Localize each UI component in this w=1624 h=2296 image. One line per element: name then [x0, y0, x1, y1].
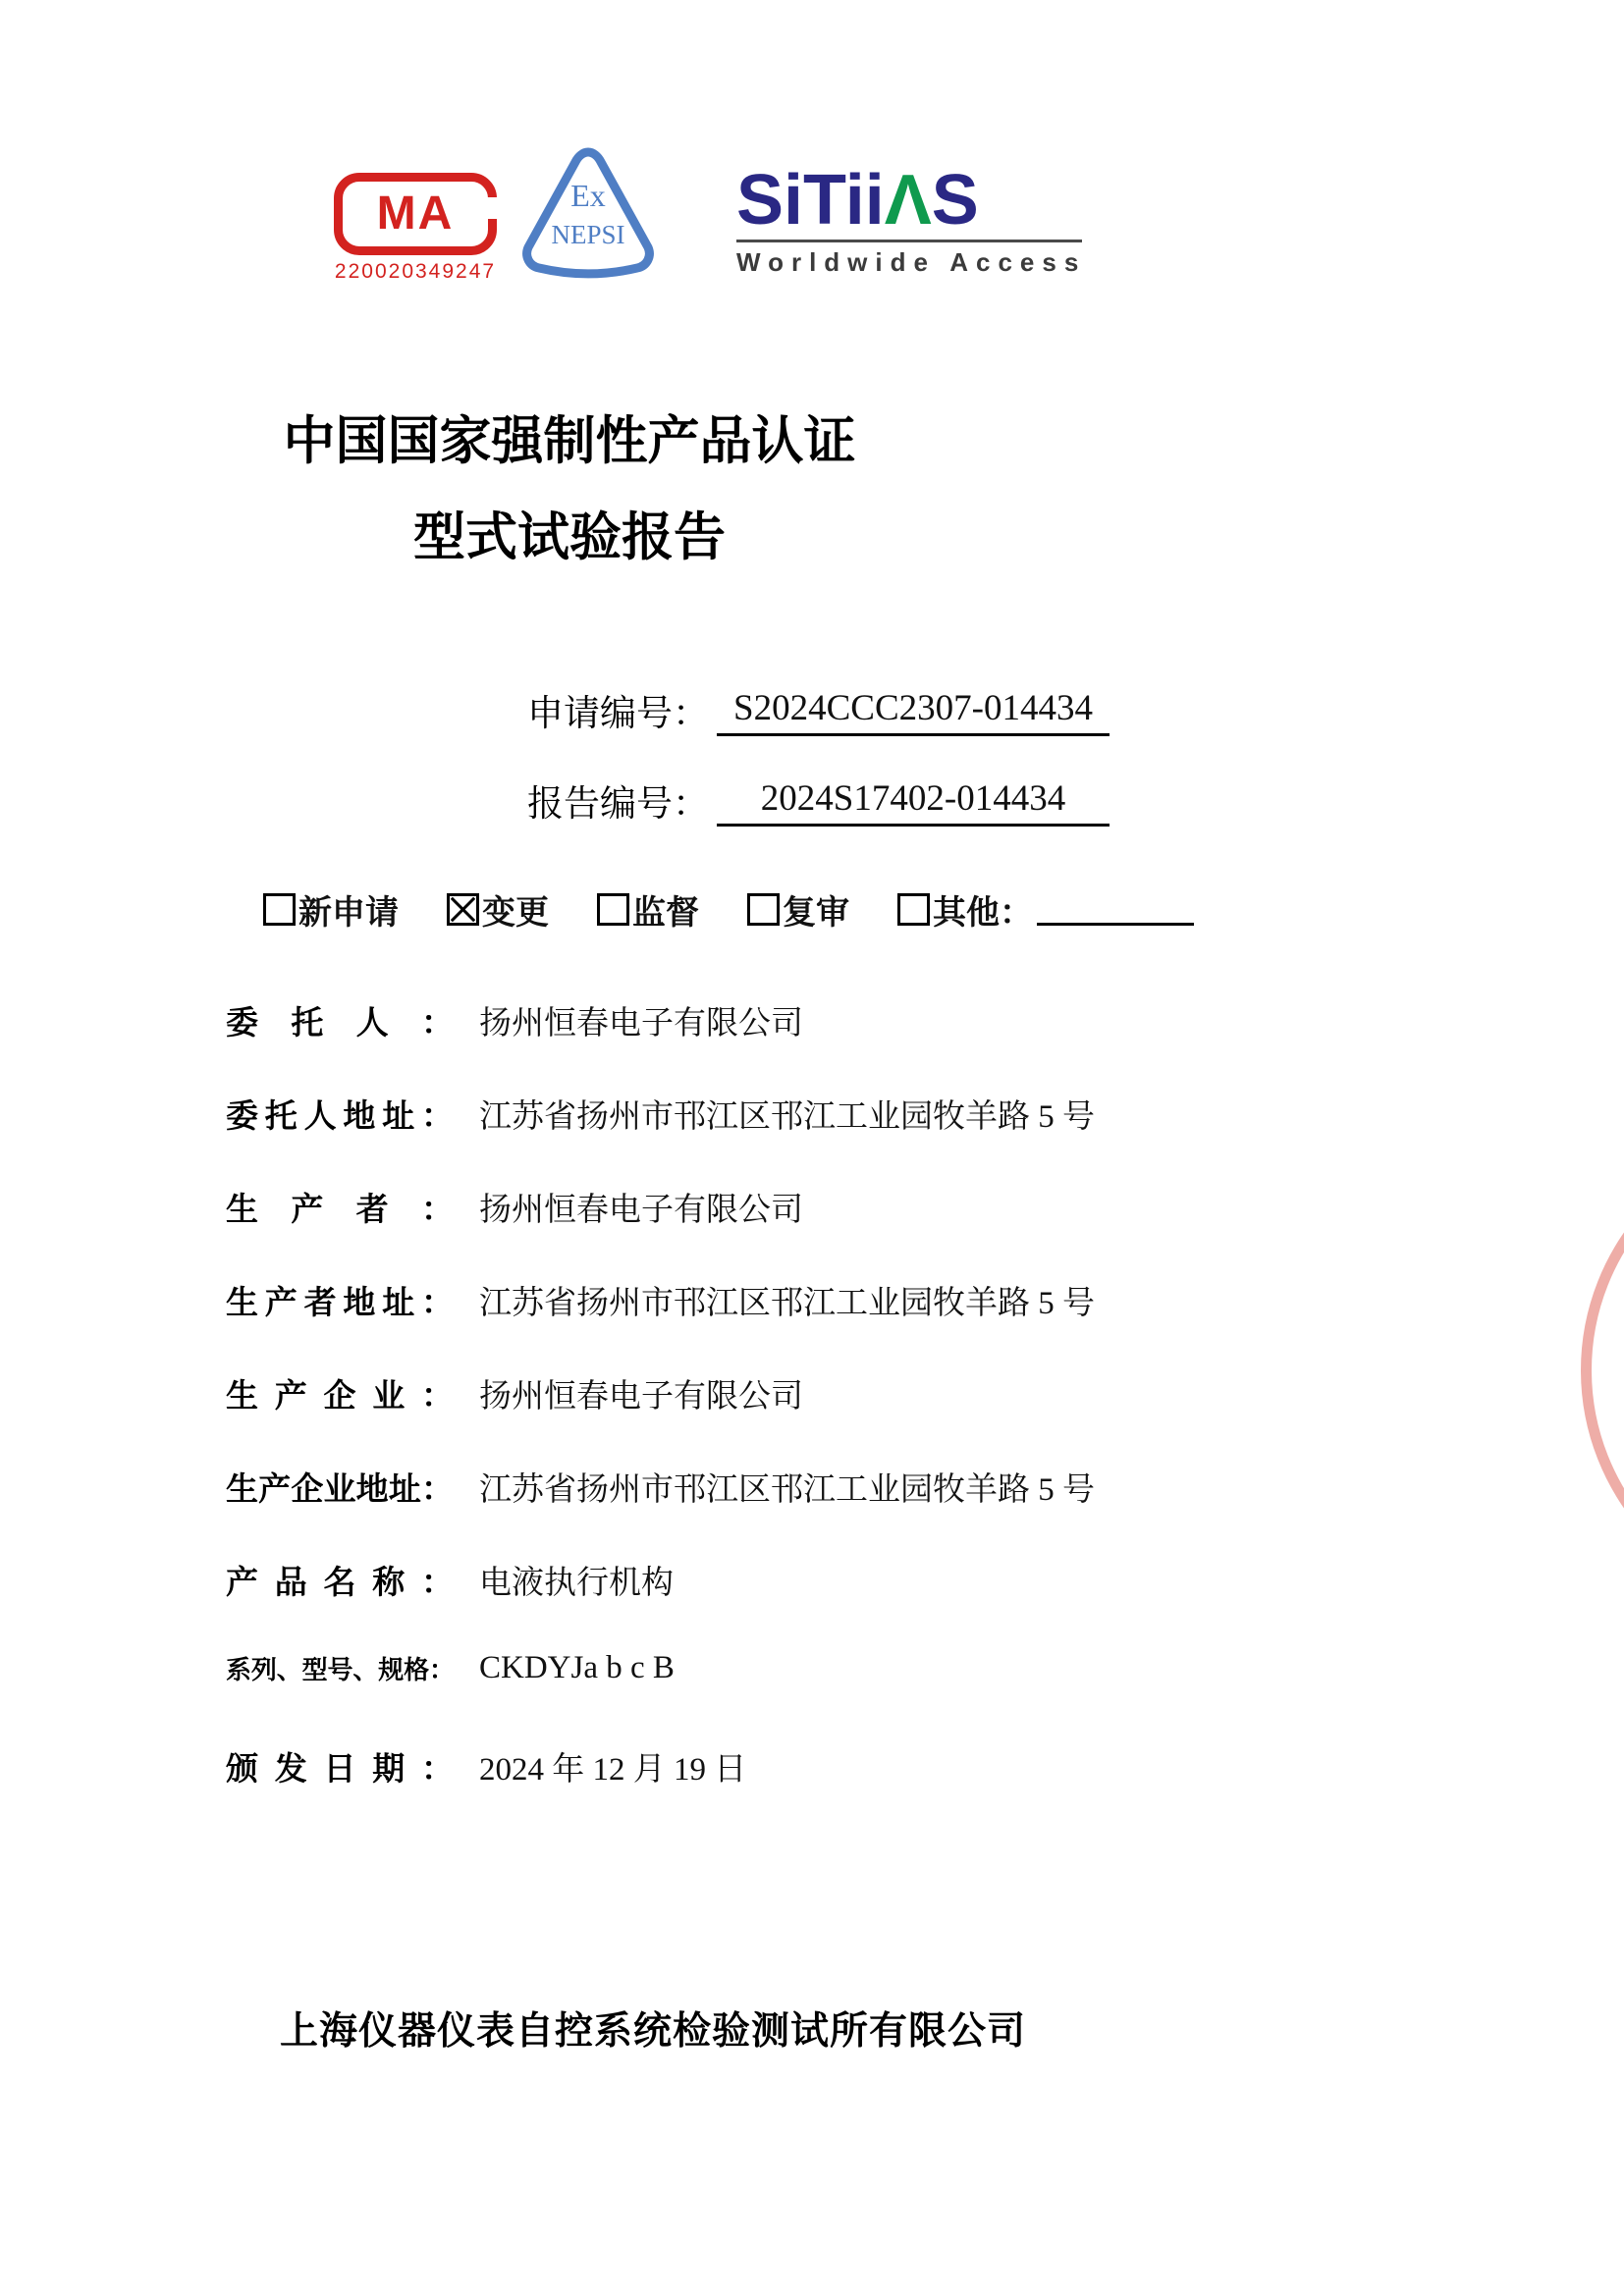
field-row-consignor-address: 委托人地址： 江苏省扬州市邗江区邗江工业园牧羊路 5 号	[226, 1091, 1208, 1184]
field-value: 江苏省扬州市邗江区邗江工业园牧羊路 5 号	[479, 1099, 1095, 1135]
field-label: 委托人：	[226, 997, 454, 1043]
field-label: 生产者地址：	[226, 1277, 454, 1323]
checkbox-icon	[897, 893, 930, 926]
nepsi-ex-text: Ex	[570, 178, 606, 213]
checkbox-change: 变更	[447, 885, 549, 934]
field-row-issue-date: 颁发日期： 2024 年 12 月 19 日	[226, 1743, 1208, 1837]
checkbox-new-application: 新申请	[263, 885, 399, 934]
cma-certificate-number: 220020349247	[332, 260, 499, 284]
sitiias-text-right: S	[932, 161, 979, 240]
checkbox-icon	[597, 893, 629, 926]
field-row-product-name: 产品名称： 电液执行机构	[226, 1557, 1208, 1650]
field-value: 电液执行机构	[479, 1566, 674, 1601]
other-blank-line	[1037, 893, 1194, 926]
field-value: CKDYJa b c B	[479, 1650, 675, 1685]
sitiias-green-a: Λ	[885, 161, 932, 240]
issuing-organization-name: 上海仪器仪表自控系统检验测试所有限公司	[0, 2001, 1306, 2056]
cma-logo-letters: MA	[377, 190, 455, 238]
title-line-2: 型式试验报告	[0, 491, 1139, 587]
field-value: 扬州恒春电子有限公司	[479, 1006, 803, 1041]
field-label: 生产企业地址：	[226, 1464, 454, 1510]
checkbox-icon	[747, 893, 780, 926]
checkbox-label: 监督	[632, 885, 699, 934]
field-value: 扬州恒春电子有限公司	[479, 1193, 803, 1228]
nepsi-triangle-icon: Ex NEPSI	[518, 145, 658, 279]
field-row-producer: 生产者： 扬州恒春电子有限公司	[226, 1184, 1208, 1277]
field-label: 委托人地址：	[226, 1091, 454, 1137]
checkbox-label: 复审	[783, 885, 849, 934]
field-row-manufacturer: 生产企业： 扬州恒春电子有限公司	[226, 1370, 1208, 1464]
field-row-producer-address: 生产者地址： 江苏省扬州市邗江区邗江工业园牧羊路 5 号	[226, 1277, 1208, 1370]
document-title: 中国国家强制性产品认证 型式试验报告	[0, 395, 1139, 586]
field-label: 生产企业：	[226, 1370, 454, 1416]
field-row-manufacturer-address: 生产企业地址： 江苏省扬州市邗江区邗江工业园牧羊路 5 号	[226, 1464, 1208, 1557]
report-number-value: 2024S17402-014434	[717, 777, 1110, 827]
checkbox-label: 变更	[482, 885, 549, 934]
report-number-row: 报告编号：2024S17402-014434	[527, 774, 1110, 827]
cma-logo-frame: MA	[334, 173, 497, 255]
sitiias-logo: SiTiiΛS Worldwide Access	[736, 165, 1090, 278]
field-value: 江苏省扬州市邗江区邗江工业园牧羊路 5 号	[479, 1286, 1095, 1321]
checkbox-checked-icon	[447, 893, 479, 926]
checkbox-review: 复审	[747, 885, 849, 934]
report-number-label: 报告编号：	[527, 784, 709, 825]
field-value: 2024 年 12 月 19 日	[479, 1752, 746, 1788]
field-list: 委托人： 扬州恒春电子有限公司 委托人地址： 江苏省扬州市邗江区邗江工业园牧羊路…	[226, 997, 1208, 1837]
sitiias-tagline: Worldwide Access	[736, 247, 1090, 278]
application-number-label: 申请编号：	[527, 694, 709, 734]
checkbox-label: 其他：	[933, 885, 1033, 934]
field-row-model-spec: 系列、型号、规格： CKDYJa b c B	[226, 1650, 1208, 1743]
sitiias-text-left: SiTii	[736, 161, 885, 240]
application-type-checkbox-row: 新申请 变更 监督 复审 其他：	[263, 885, 1194, 934]
checkbox-other: 其他：	[897, 885, 1194, 934]
report-cover-page: MA 220020349247 Ex NEPSI SiTiiΛS Worldwi…	[0, 0, 1624, 2296]
cma-logo: MA 220020349247	[332, 173, 499, 284]
field-value: 江苏省扬州市邗江区邗江工业园牧羊路 5 号	[479, 1472, 1095, 1508]
field-label: 颁发日期：	[226, 1743, 454, 1789]
field-value: 扬州恒春电子有限公司	[479, 1379, 803, 1415]
checkbox-label: 新申请	[298, 885, 399, 934]
red-seal-partial	[1581, 1129, 1624, 1612]
checkbox-supervision: 监督	[597, 885, 699, 934]
field-label: 生产者：	[226, 1184, 454, 1230]
checkbox-icon	[263, 893, 296, 926]
sitiias-wordmark: SiTiiΛS	[736, 165, 1090, 236]
application-number-value: S2024CCC2307-014434	[717, 687, 1110, 736]
title-line-1: 中国国家强制性产品认证	[0, 395, 1139, 491]
nepsi-name-text: NEPSI	[551, 220, 624, 249]
field-label: 产品名称：	[226, 1557, 454, 1603]
field-row-consignor: 委托人： 扬州恒春电子有限公司	[226, 997, 1208, 1091]
sitiias-divider-line	[736, 240, 1082, 242]
nepsi-ex-logo: Ex NEPSI	[518, 145, 658, 284]
application-number-row: 申请编号：S2024CCC2307-014434	[527, 683, 1110, 736]
field-label: 系列、型号、规格：	[226, 1650, 454, 1686]
